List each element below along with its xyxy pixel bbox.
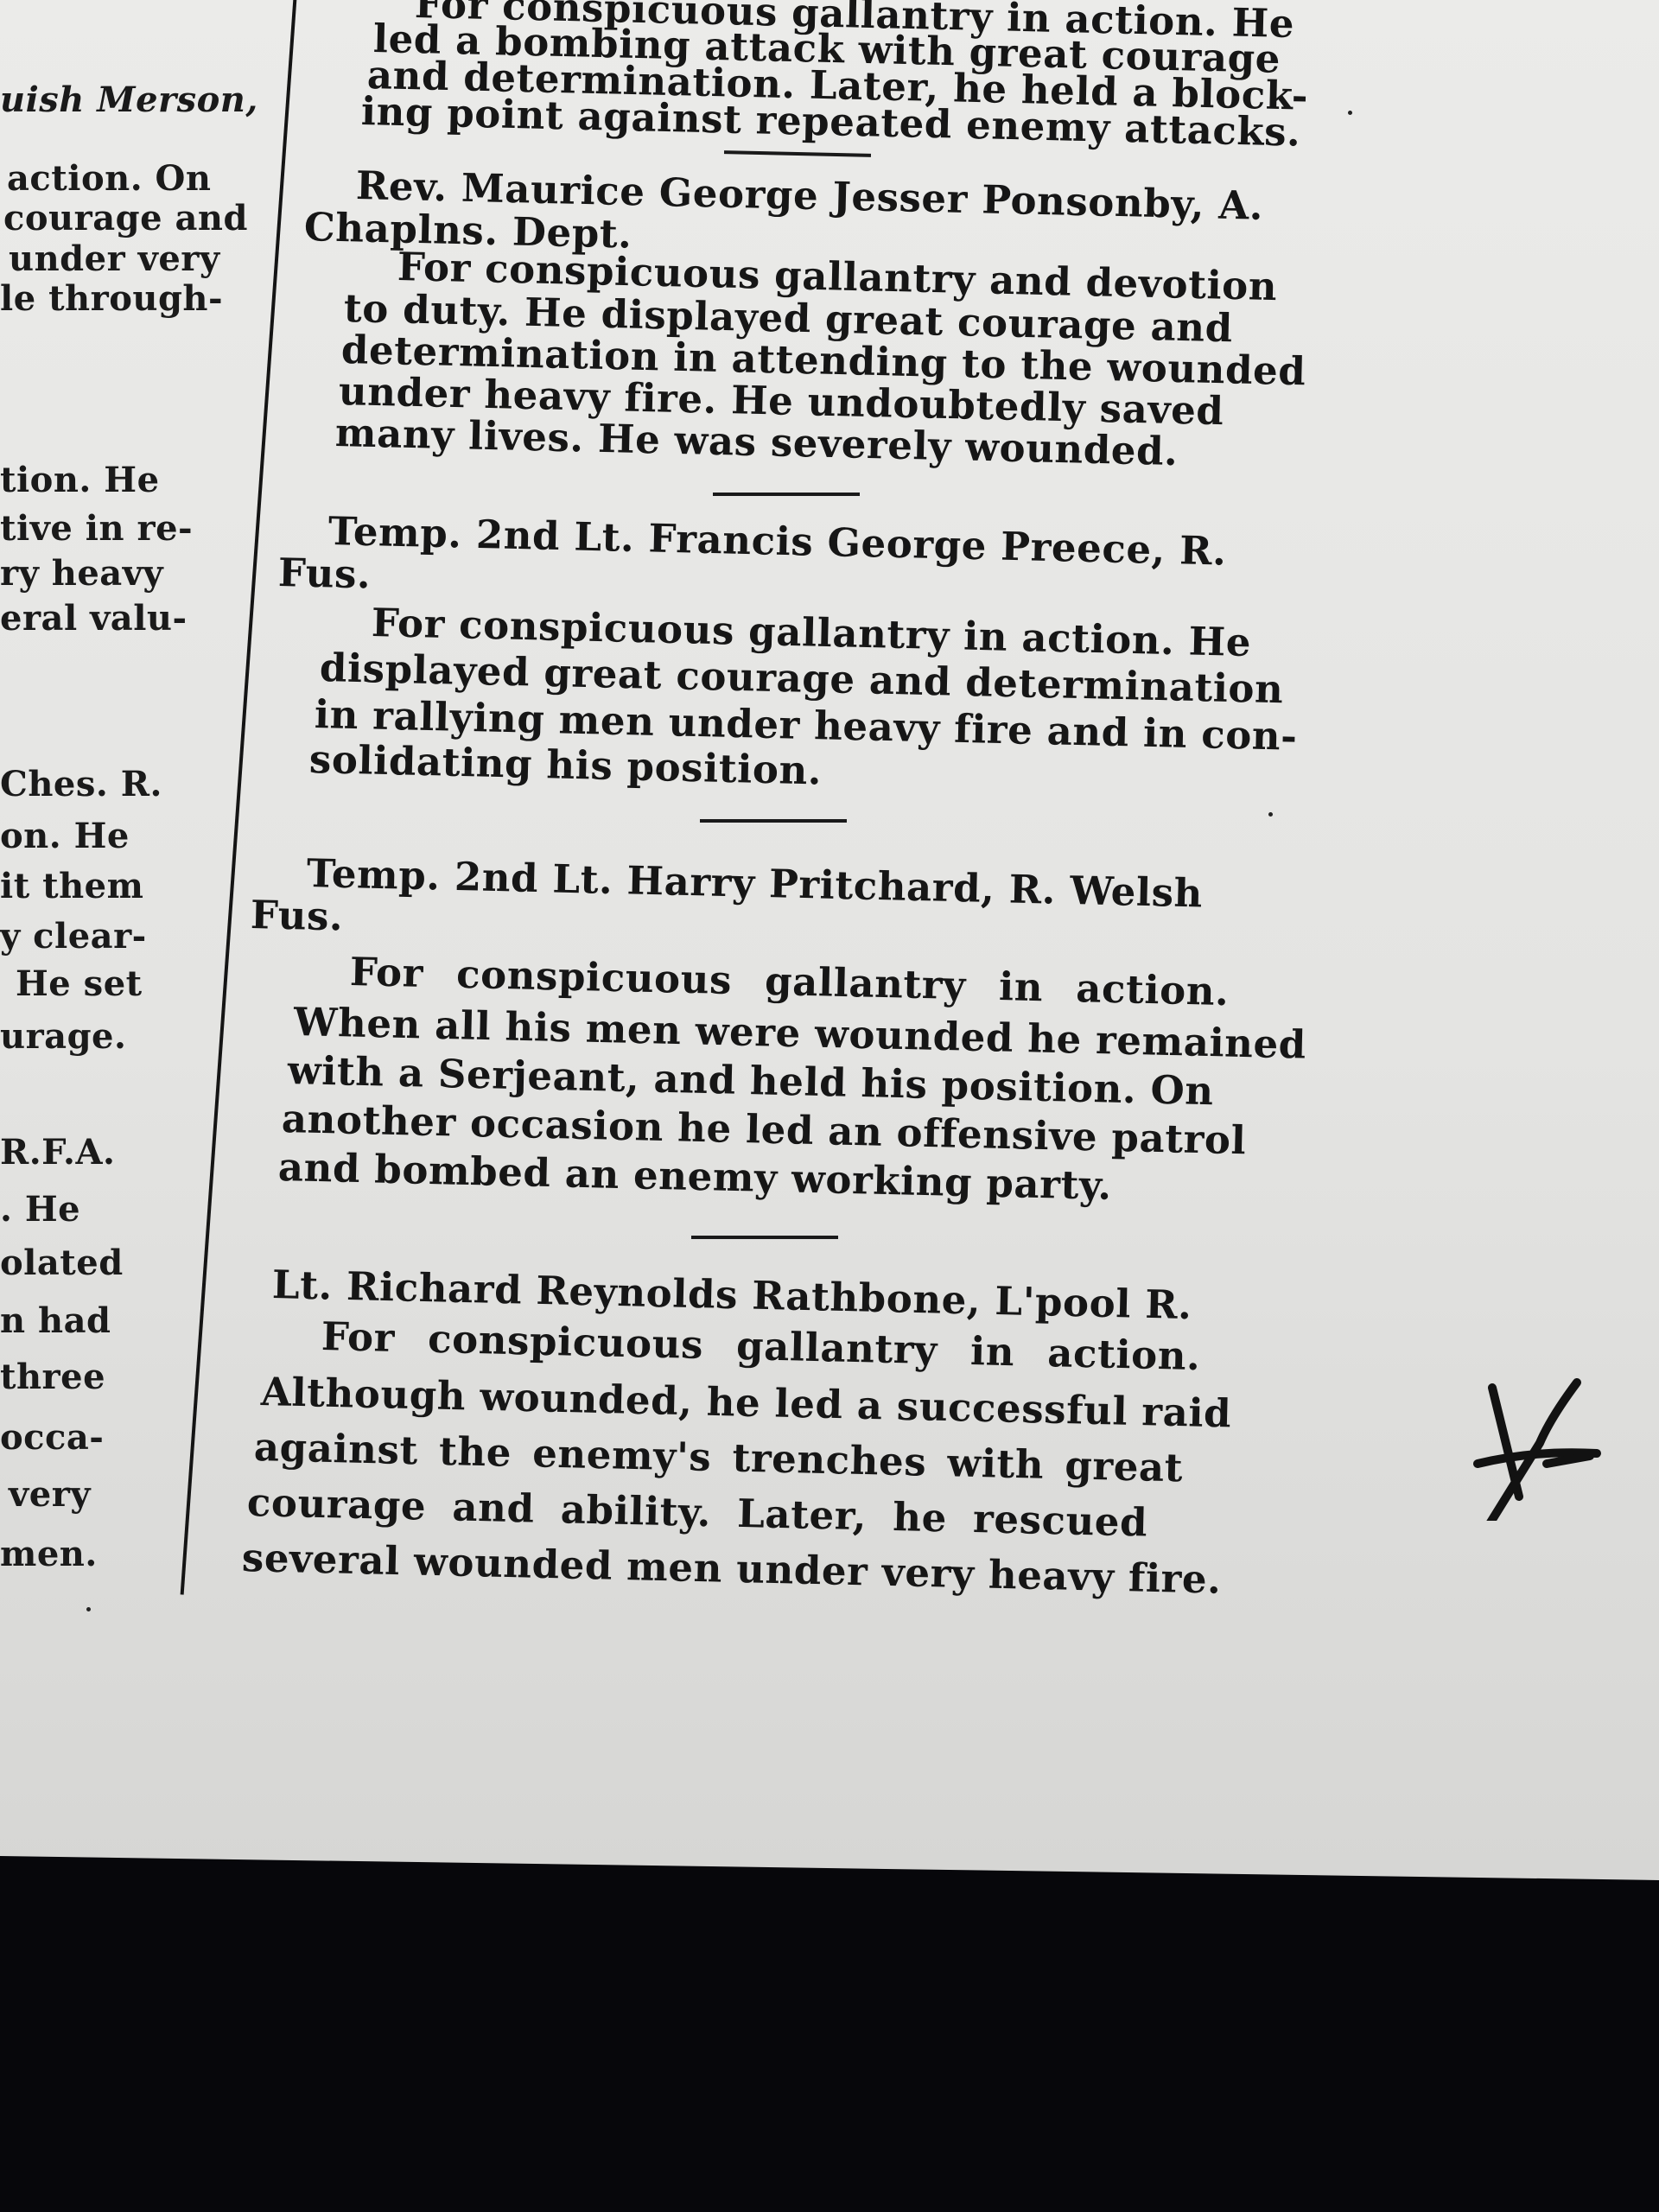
left-line: tion. He — [0, 460, 160, 500]
left-line: courage and — [3, 198, 248, 238]
citation-heading: Fus. — [250, 892, 343, 939]
ink-speck — [1268, 812, 1273, 817]
citation-heading: Temp. 2nd Lt. Harry Pritchard, R. Welsh — [306, 850, 1203, 917]
section-separator — [724, 150, 871, 157]
left-line: y clear- — [0, 916, 147, 957]
left-line: n had — [0, 1300, 111, 1341]
body-line: courage and ability. Later, he rescued — [246, 1479, 1147, 1546]
left-line: He set — [16, 963, 143, 1004]
left-line: under very — [9, 238, 220, 279]
left-line: R.F.A. — [0, 1132, 115, 1173]
ink-speck — [1348, 111, 1352, 115]
citation-heading: Fus. — [277, 550, 371, 597]
body-line: several wounded men under very heavy fir… — [241, 1535, 1222, 1603]
left-line: Ches. R. — [0, 764, 162, 804]
body-line: Although wounded, he led a successful ra… — [260, 1369, 1231, 1436]
left-line: olated — [0, 1243, 124, 1283]
left-line: eral valu- — [0, 598, 188, 639]
left-line: on. He — [0, 816, 130, 856]
citation-heading: Temp. 2nd Lt. Francis George Preece, R. — [327, 508, 1227, 575]
ink-speck — [86, 1607, 91, 1611]
left-line: uish Merson, — [0, 79, 258, 120]
handwritten-asterisk-icon — [1452, 1357, 1607, 1521]
left-line: le through- — [0, 278, 223, 319]
left-line: three — [0, 1357, 105, 1397]
body-line: against the enemy's trenches with great — [253, 1424, 1183, 1491]
section-separator — [700, 819, 847, 823]
left-line: occa- — [0, 1417, 104, 1458]
left-line: . He — [0, 1189, 80, 1230]
left-line: tive in re- — [0, 508, 193, 549]
left-line: very — [9, 1474, 91, 1515]
left-line: it them — [0, 866, 143, 906]
page-content: uish Merson, action. On courage and unde… — [0, 0, 1659, 1901]
left-line: urage. — [0, 1016, 126, 1057]
left-line: men. — [0, 1534, 98, 1574]
left-line: action. On — [7, 158, 211, 199]
left-line: ry heavy — [0, 553, 163, 594]
section-separator — [713, 493, 860, 496]
section-separator — [691, 1236, 838, 1239]
